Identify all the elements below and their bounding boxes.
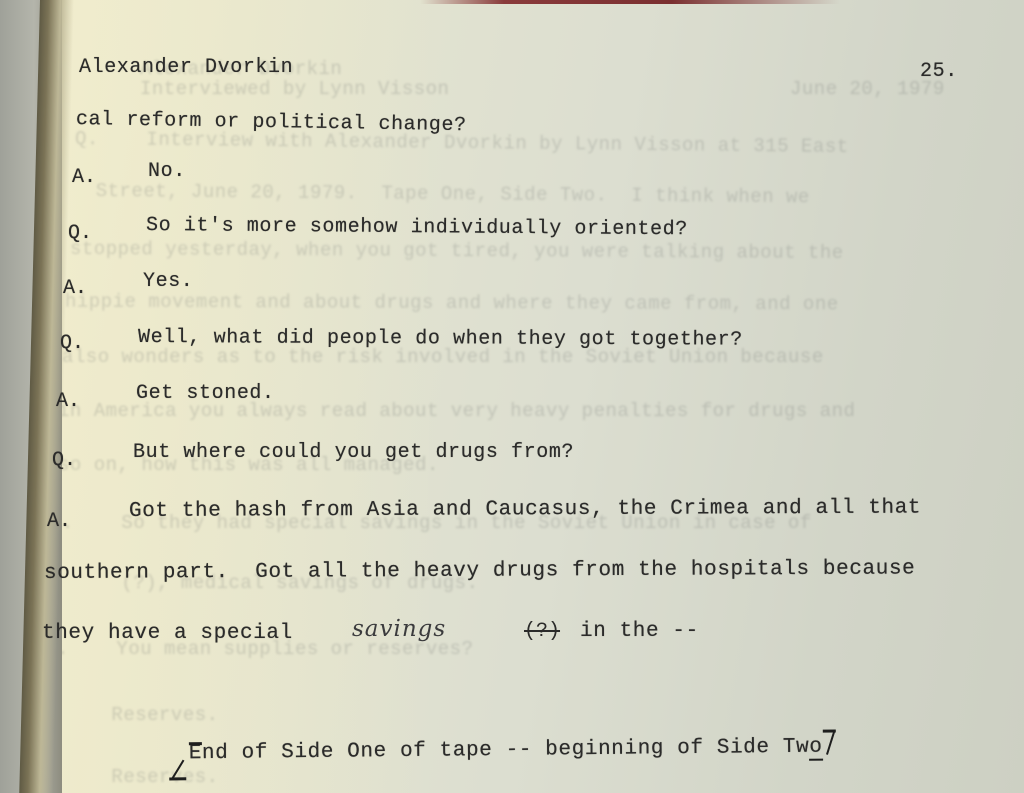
note-first-letter: E [189,742,202,765]
struck-out-mark: (?) [524,620,560,643]
handwritten-correction: savings [352,616,446,642]
top-binding-edge [420,0,840,4]
transcript-line: Well, what did people do when they got t… [138,326,743,352]
speaker-label: A. [47,510,71,533]
transcript-line: So it's more somehow individually orient… [146,214,688,241]
tape-side-note: End of Side One of tape -- beginning of … [116,712,837,789]
speaker-label: A. [56,390,80,413]
note-text: nd of Side One of tape -- beginning of S… [202,736,810,765]
speaker-label: Q. [68,222,92,245]
speaker-label: Q. [52,449,76,472]
transcript-line: Yes. [143,270,193,293]
ghost-line: Interviewed by Lynn Visson [140,78,449,100]
ghost-line: Street, June 20, 1979. Tape One, Side Tw… [60,180,810,209]
transcript-line-continuation: in the -- [580,620,699,643]
transcript-line: southern part. Got all the heavy drugs f… [44,557,915,585]
transcript-line: No. [148,160,186,183]
transcript-line: But where could you get drugs from? [133,441,574,464]
speaker-label: A. [72,166,96,189]
header-interviewee-name: Alexander Dvorkin [79,56,293,79]
document-photo: Alexander Dvorkin Interviewed by Lynn Vi… [0,0,1024,793]
speaker-label: A. [63,277,87,300]
note-last-letter: o [809,736,822,759]
ghost-line: hippie movement and about drugs and wher… [65,291,839,316]
transcript-line: they have a special [42,622,293,645]
ghost-line: stopped yesterday, when you got tired, y… [70,238,844,264]
transcript-line: Got the hash from Asia and Caucasus, the… [129,497,921,523]
close-bracket-mark [822,736,836,756]
transcript-line: Get stoned. [136,382,275,405]
page-number: 25. [920,60,958,83]
speaker-label: Q. [60,332,84,355]
